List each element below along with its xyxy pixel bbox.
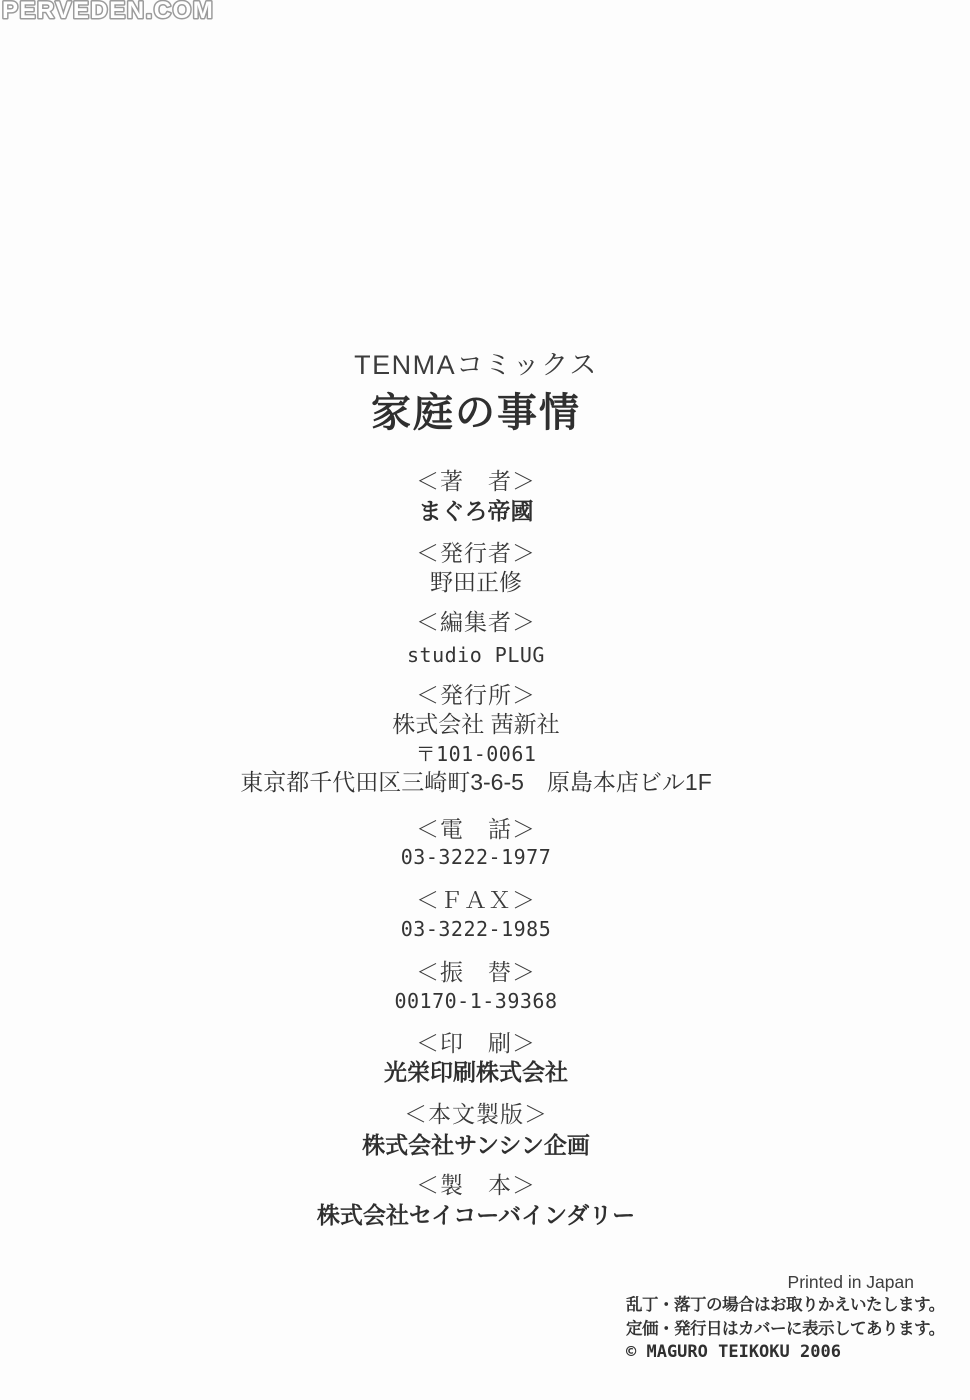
misprint-notice: 乱丁・落丁の場合はお取りかえいたします。 — [626, 1297, 945, 1314]
publisher-label: ＜発行者＞ — [0, 542, 952, 565]
plate-company: 株式会社サンシン企画 — [0, 1134, 952, 1157]
author-label: ＜著 者＞ — [0, 470, 952, 493]
office-name: 株式会社 茜新社 — [0, 713, 952, 736]
postal-code: 〒101-0061 — [0, 744, 952, 764]
publisher-name: 野田正修 — [0, 571, 952, 594]
author-name: まぐろ帝國 — [0, 500, 952, 523]
printing-label: ＜印 刷＞ — [0, 1032, 952, 1055]
transfer-number: 00170-1-39368 — [0, 991, 952, 1011]
price-notice: 定価・発行日はカバーに表示してあります。 — [626, 1321, 945, 1338]
colophon-column: TENMAコミックス 家庭の事情 ＜著 者＞ まぐろ帝國 ＜発行者＞ 野田正修 … — [0, 0, 952, 1400]
copyright-line: © MAGURO TEIKOKU 2006 — [626, 1344, 841, 1361]
colophon-page: PERVEDEN.COM TENMAコミックス 家庭の事情 ＜著 者＞ まぐろ帝… — [0, 0, 970, 1400]
fax-number: 03-3222-1985 — [0, 919, 952, 939]
office-address: 東京都千代田区三崎町3-6-5 原島本店ビル1F — [0, 771, 952, 794]
plate-label: ＜本文製版＞ — [0, 1103, 952, 1126]
printing-company: 光栄印刷株式会社 — [0, 1061, 952, 1084]
series-name: TENMAコミックス — [0, 352, 952, 379]
editor-label: ＜編集者＞ — [0, 611, 952, 634]
phone-label: ＜電 話＞ — [0, 818, 952, 841]
office-label: ＜発行所＞ — [0, 684, 952, 707]
printed-in-japan: Printed in Japan — [788, 1274, 914, 1292]
transfer-label: ＜振 替＞ — [0, 961, 952, 984]
fax-label: ＜ＦＡＸ＞ — [0, 889, 952, 912]
phone-number: 03-3222-1977 — [0, 847, 952, 867]
book-title: 家庭の事情 — [0, 393, 952, 433]
editor-name: studio PLUG — [0, 645, 952, 665]
binding-label: ＜製 本＞ — [0, 1174, 952, 1197]
binding-company: 株式会社セイコーバインダリー — [0, 1204, 952, 1227]
